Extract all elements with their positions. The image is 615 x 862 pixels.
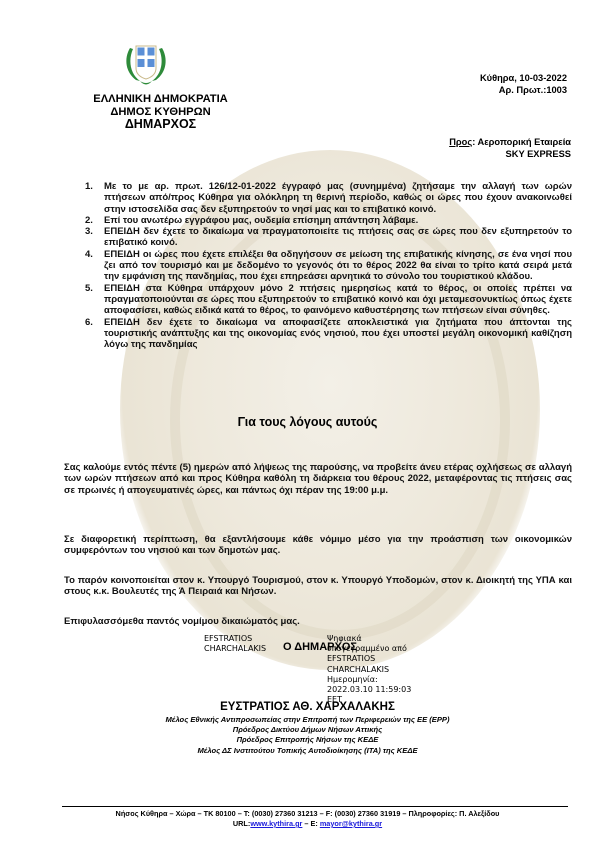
list-item: 4.ΕΠΕΙΔΗ οι ώρες που έχετε επιλέξει θα ο… — [85, 249, 572, 283]
list-item: 3.ΕΠΕΙΔΗ δεν έχετε το δικαίωμα να πραγμα… — [85, 226, 572, 249]
email-link[interactable]: mayor@kythira.gr — [320, 819, 382, 828]
paragraph-demand: Σας καλούμε εντός πέντε (5) ημερών από λ… — [64, 462, 572, 496]
footer-address: Νήσος Κύθηρα – Χώρα – ΤΚ 80100 – T: (003… — [0, 809, 615, 819]
recipient-to: : Αεροπορική Εταιρεία — [472, 137, 571, 147]
list-item: 2.Επί του ανωτέρω εγγράφου μας, ουδεμία … — [85, 215, 572, 226]
paragraph-notification: Το παρόν κοινοποιείται στον κ. Υπουργό Τ… — [64, 575, 572, 598]
footer-url-label: URL: — [233, 819, 250, 828]
recipient-company: SKY EXPRESS — [449, 149, 571, 161]
paragraph-warning: Σε διαφορετική περίπτωση, θα εξαντλήσουμ… — [64, 534, 572, 557]
recipient-label: Προς — [449, 137, 472, 147]
signer-title: Ο ΔΗΜΑΡΧΟΣ — [283, 641, 357, 653]
list-item: 5.ΕΠΕΙΔΗ στα Κύθηρα υπάρχουν μόνο 2 πτήσ… — [85, 283, 572, 317]
issuer-line-mayor: ΔΗΜΑΡΧΟΣ — [68, 118, 253, 131]
signer-name: ΕΥΣΤΡΑΤΙΟΣ ΑΘ. ΧΑΡΧΑΛΑΚΗΣ — [0, 701, 615, 713]
recipient-block: Προς: Αεροπορική Εταιρεία SKY EXPRESS — [449, 137, 571, 160]
document-meta: Κύθηρα, 10-03-2022 Αρ. Πρωτ.:1003 — [480, 73, 567, 96]
list-item: 6.ΕΠΕΙΔΗ δεν έχετε το δικαίωμα να αποφασ… — [85, 317, 572, 351]
footer-divider — [62, 806, 568, 807]
list-item: 1.Με το με αρ. πρωτ. 126/12-01-2022 έγγρ… — [85, 181, 572, 215]
protocol-number: Αρ. Πρωτ.:1003 — [480, 85, 567, 97]
greek-coat-of-arms-icon — [120, 36, 172, 88]
issuer-line-republic: ΕΛΛΗΝΙΚΗ ΔΗΜΟΚΡΑΤΙΑ — [68, 93, 253, 106]
signer-name-latin: EFSTRATIOS CHARCHALAKIS — [204, 634, 266, 654]
website-link[interactable]: www.kythira.gr — [250, 819, 302, 828]
reasons-list: 1.Με το με αρ. πρωτ. 126/12-01-2022 έγγρ… — [85, 181, 572, 350]
issuer-header: ΕΛΛΗΝΙΚΗ ΔΗΜΟΚΡΑΤΙΑ ΔΗΜΟΣ ΚΥΘΗΡΩΝ ΔΗΜΑΡΧ… — [68, 93, 253, 131]
footer: Νήσος Κύθηρα – Χώρα – ΤΚ 80100 – T: (003… — [0, 809, 615, 829]
section-title: Για τους λόγους αυτούς — [0, 415, 615, 429]
paragraph-reservation: Επιφυλασσόμεθα παντός νομίμου δικαιώματό… — [64, 616, 572, 627]
signer-roles: Μέλος Εθνικής Αντιπροσωπείας στην Επιτρο… — [0, 715, 615, 756]
place-date: Κύθηρα, 10-03-2022 — [480, 73, 567, 85]
